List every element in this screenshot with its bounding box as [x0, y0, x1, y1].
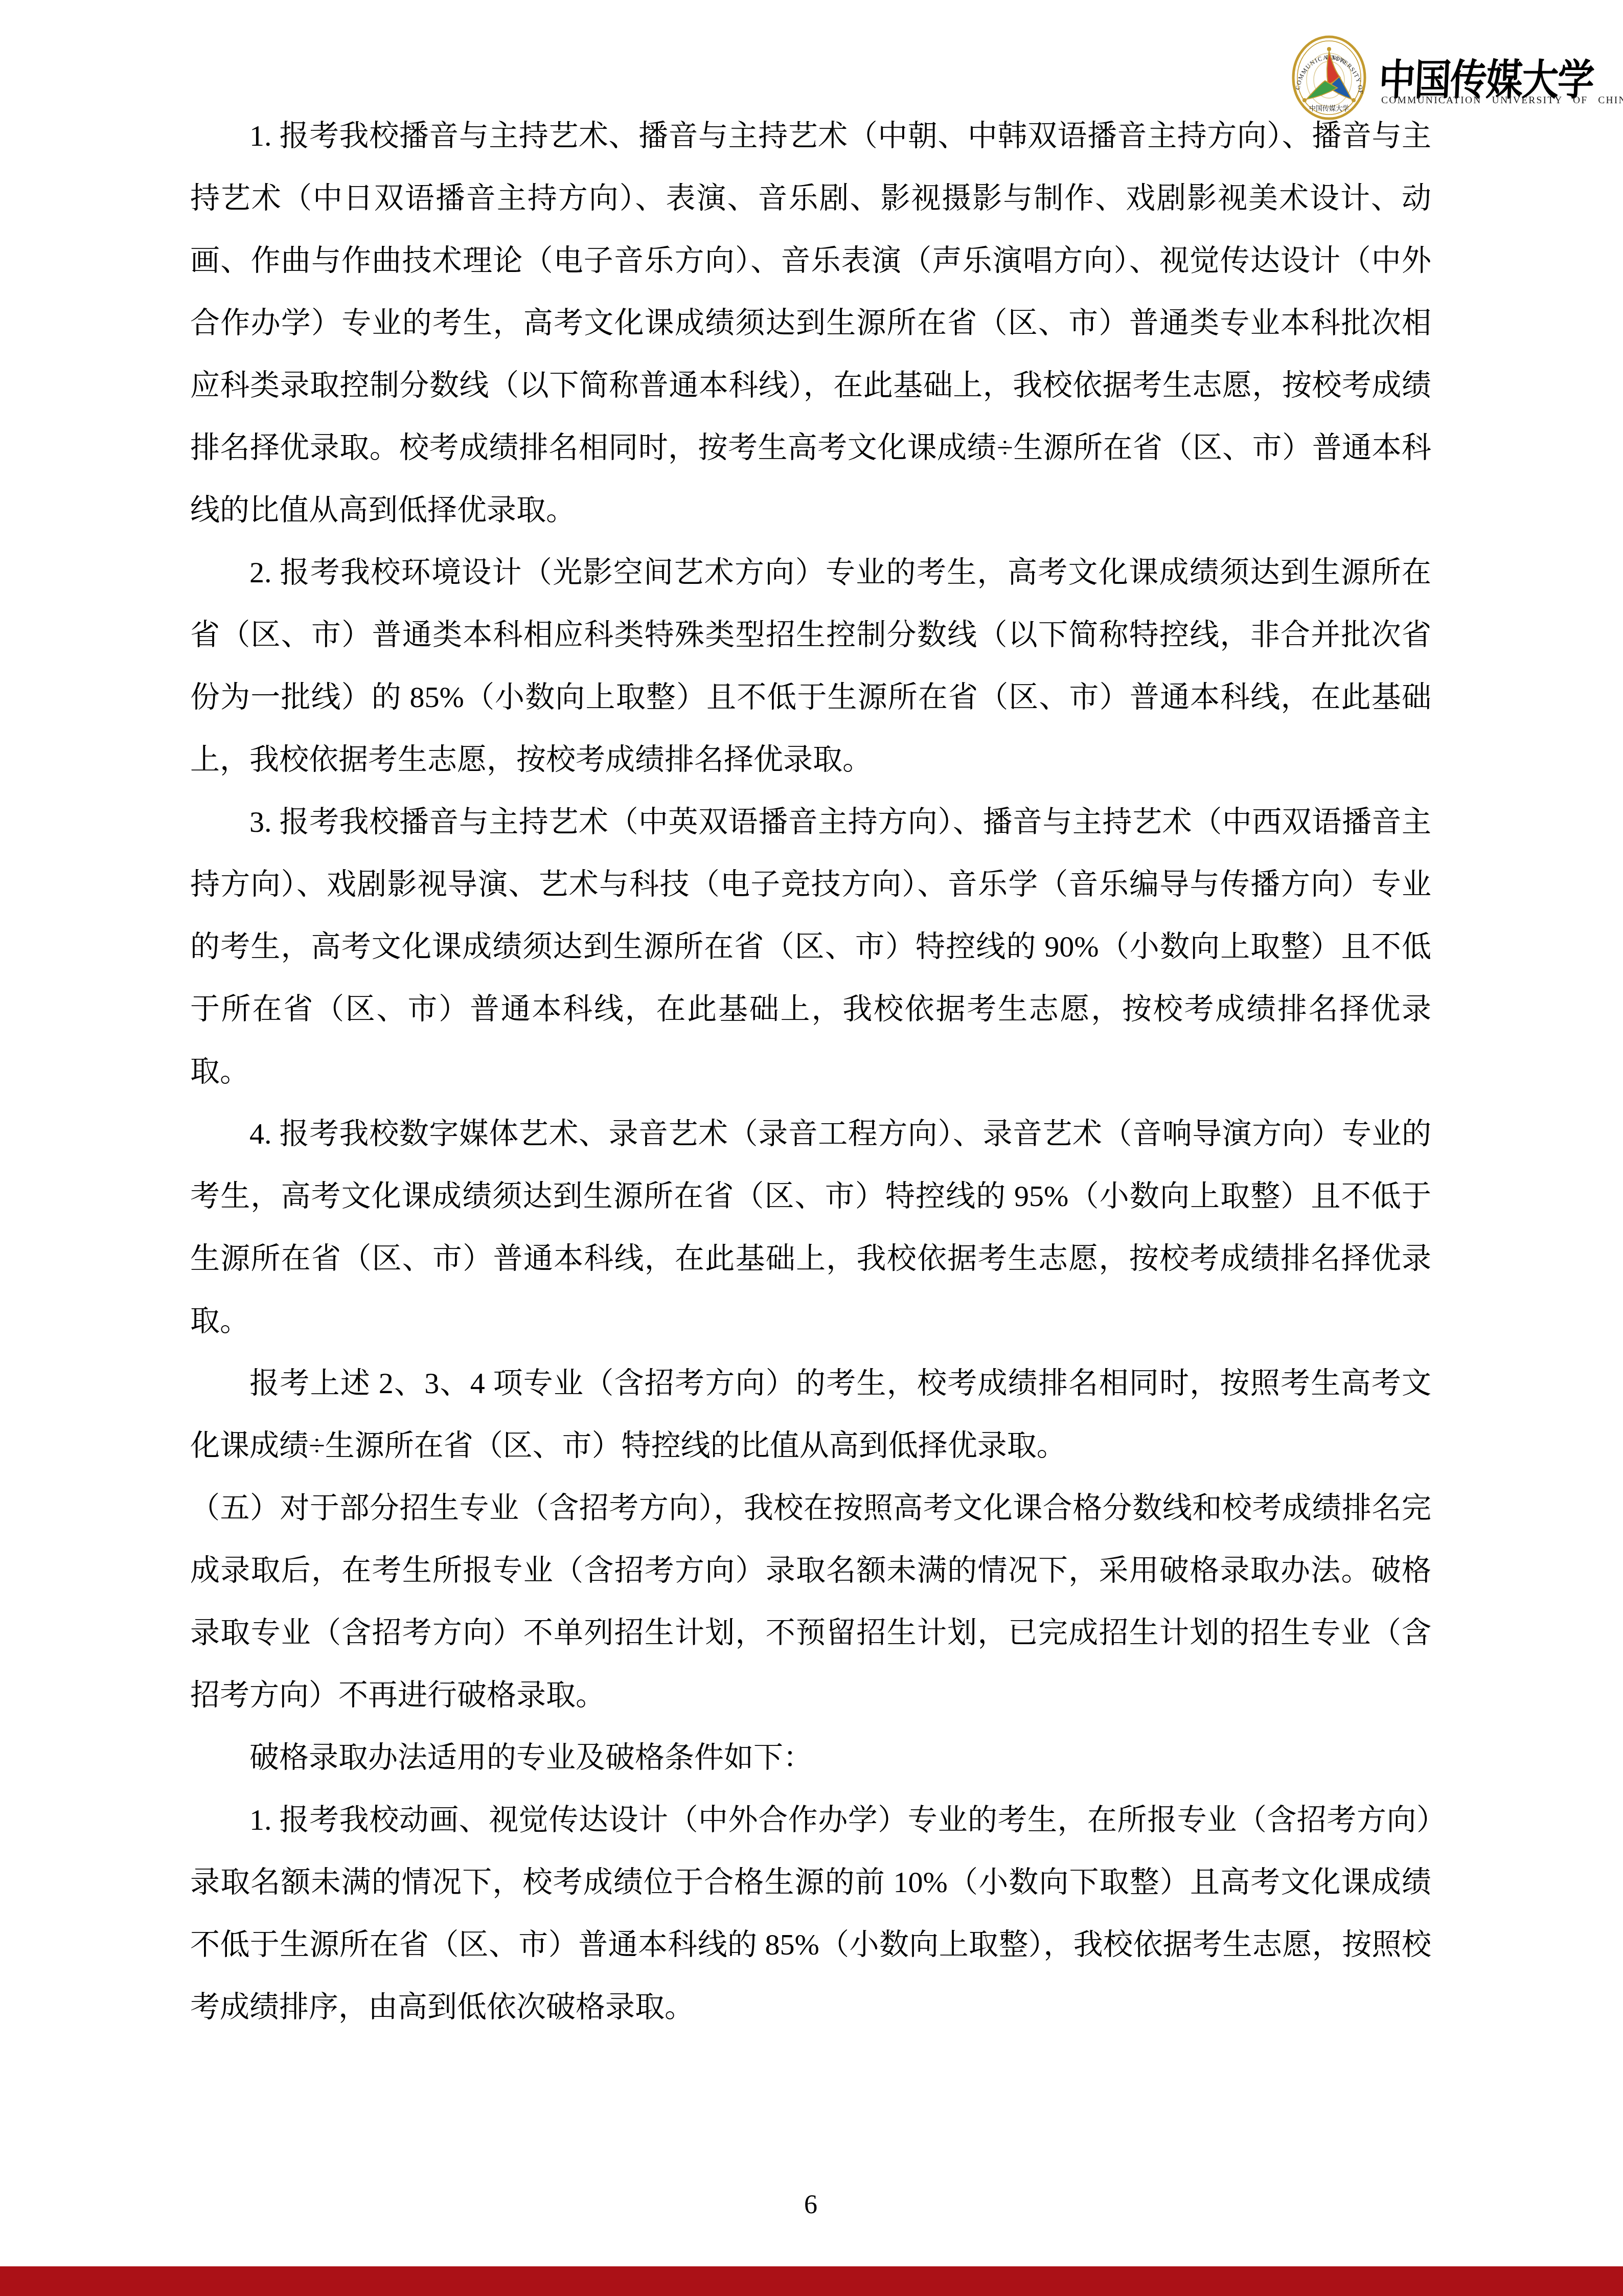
document-page: COMMUNICATION UNIVERSITY OF CHINA 中国传媒大学…	[0, 0, 1623, 2296]
paragraph: 2. 报考我校环境设计（光影空间艺术方向）专业的考生，高考文化课成绩须达到生源所…	[190, 541, 1431, 791]
footer-bar	[0, 2266, 1623, 2296]
paragraph: 破格录取办法适用的专业及破格条件如下：	[190, 1726, 1431, 1789]
paragraph: 4. 报考我校数字媒体艺术、录音艺术（录音工程方向）、录音艺术（音响导演方向）专…	[190, 1103, 1431, 1352]
paragraph: 1. 报考我校播音与主持艺术、播音与主持艺术（中朝、中韩双语播音主持方向）、播音…	[190, 105, 1431, 541]
paragraph: 3. 报考我校播音与主持艺术（中英双语播音主持方向）、播音与主持艺术（中西双语播…	[190, 791, 1431, 1103]
paragraph: 1. 报考我校动画、视觉传达设计（中外合作办学）专业的考生，在所报专业（含招考方…	[190, 1789, 1431, 2038]
page-number: 6	[190, 2187, 1431, 2223]
document-body: 1. 报考我校播音与主持艺术、播音与主持艺术（中朝、中韩双语播音主持方向）、播音…	[190, 105, 1431, 2038]
paragraph: （五）对于部分招生专业（含招考方向），我校在按照高考文化课合格分数线和校考成绩排…	[190, 1477, 1431, 1726]
paragraph: 报考上述 2、3、4 项专业（含招考方向）的考生，校考成绩排名相同时，按照考生高…	[190, 1352, 1431, 1477]
